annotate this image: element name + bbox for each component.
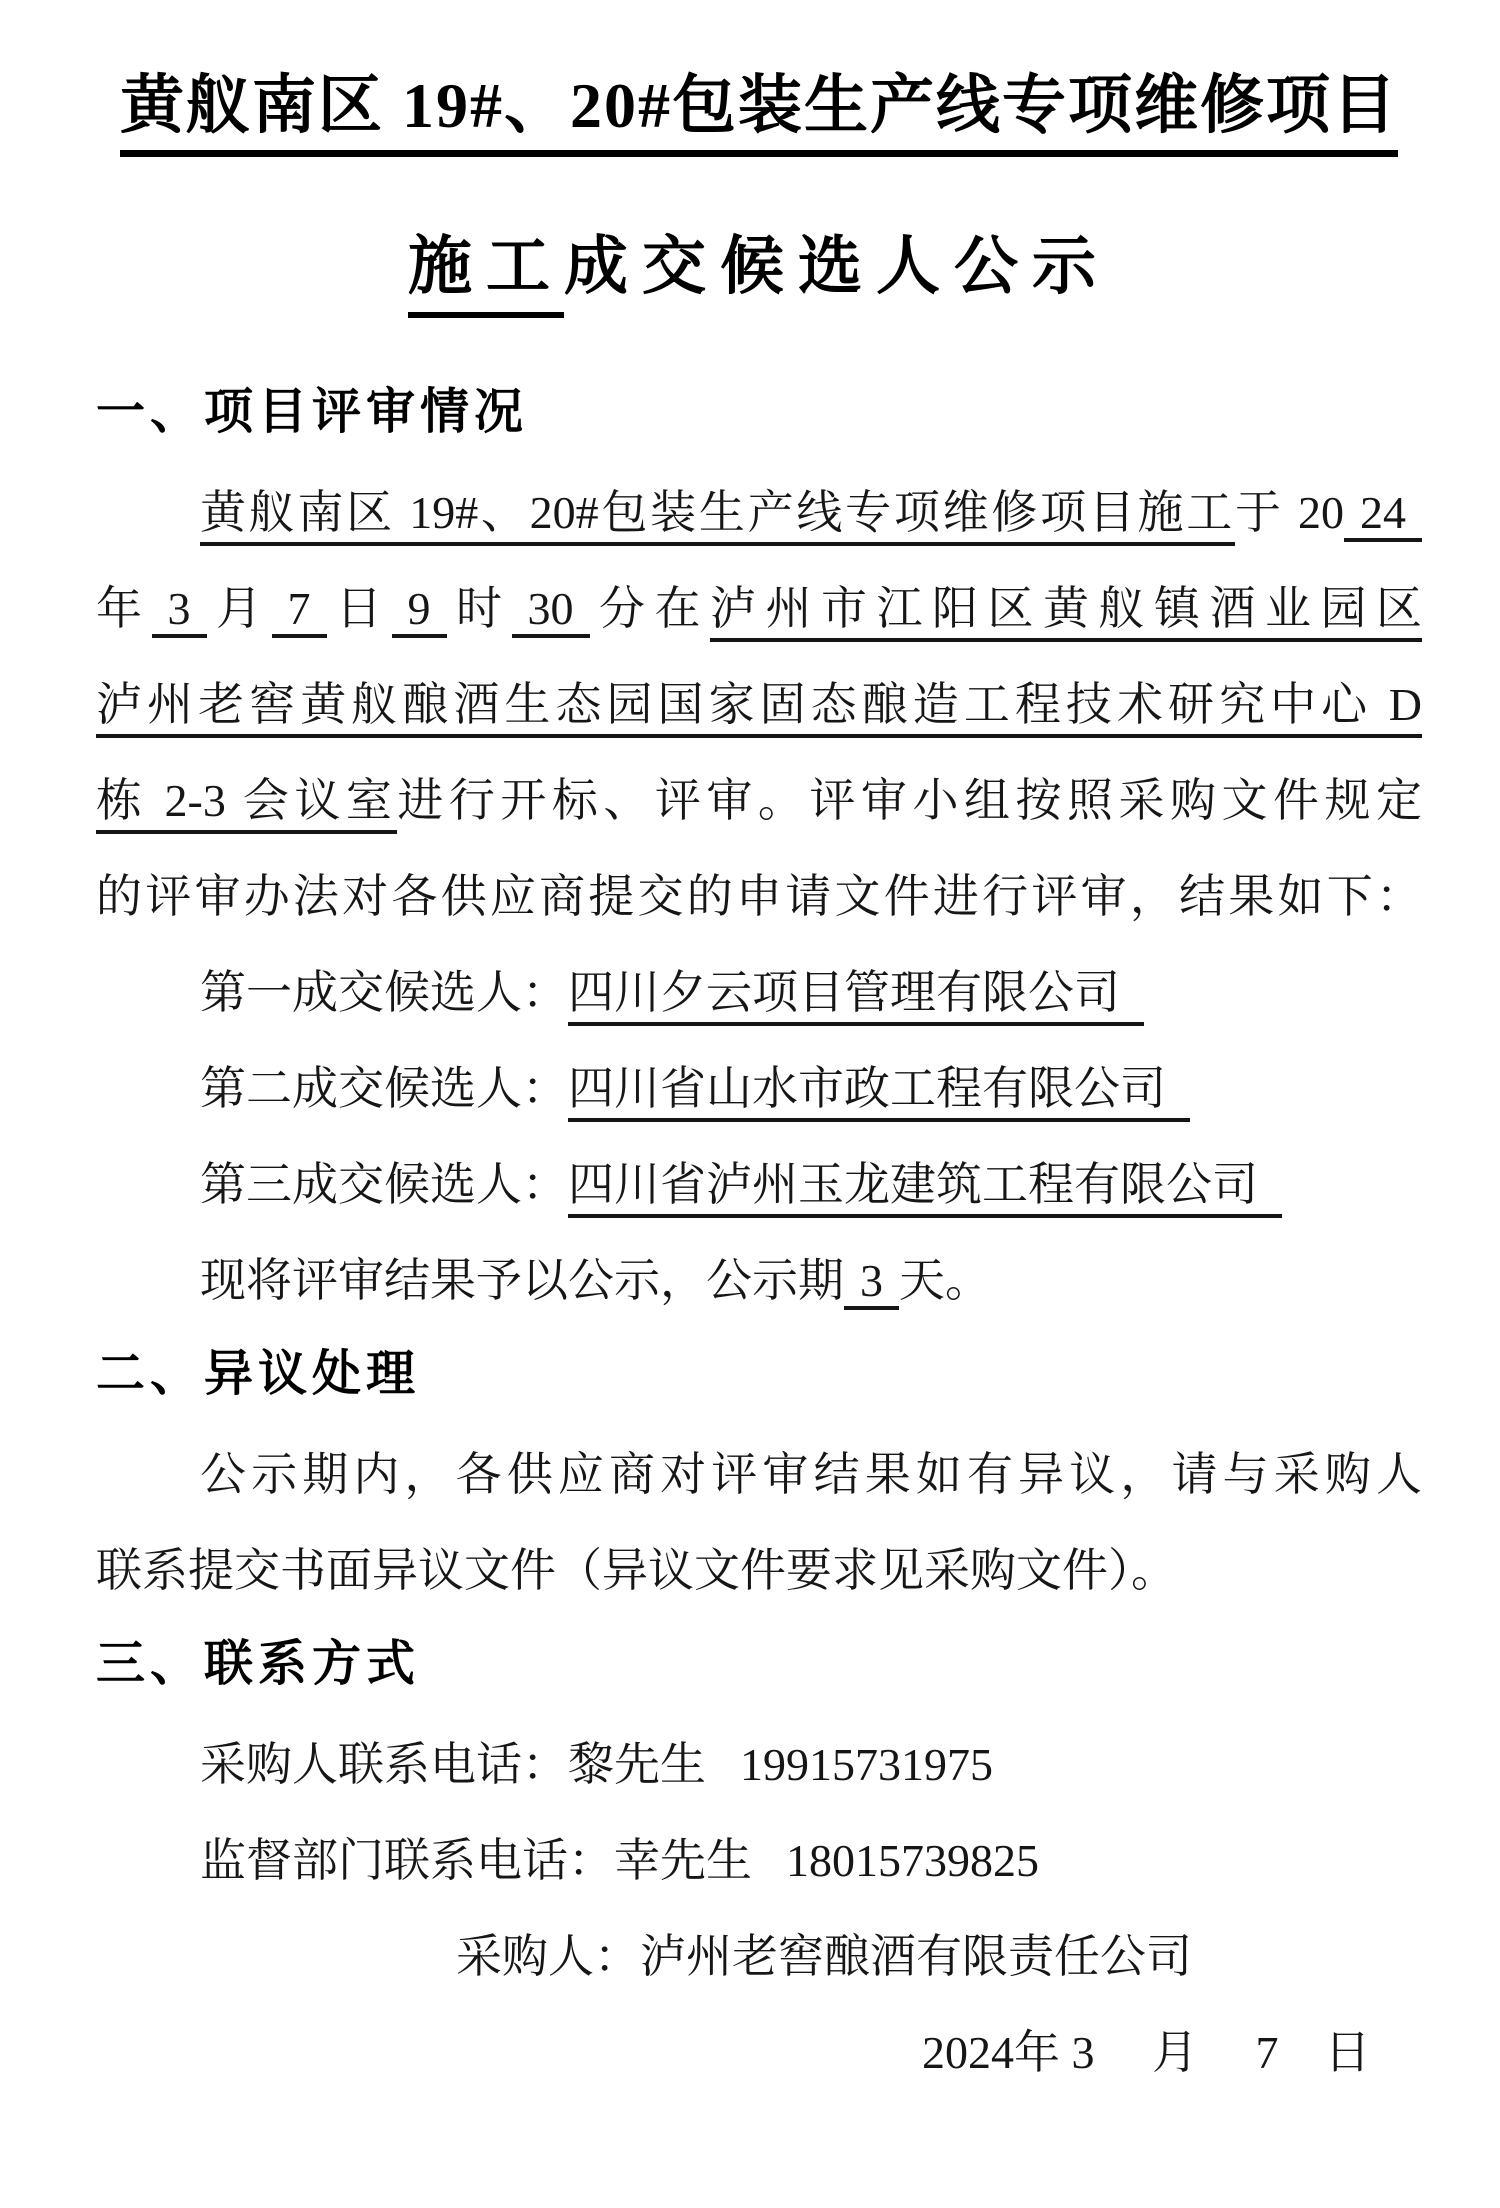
venue-blank-part2: 泸州老窖黄舣酿酒生态园国家固态酿造工程技术研究中心 D (96, 679, 1422, 738)
year-blank: 24 (1344, 487, 1422, 542)
document-page: 黄舣南区 19#、20#包装生产线专项维修项目 施工成交候选人公示 一、项目评审… (0, 0, 1500, 2208)
year-suffix: 年 (96, 583, 152, 634)
day-suffix: 日 (327, 583, 392, 634)
para1-line4: 栋 2-3 会议室进行开标、评审。评审小组按照采购文件规定 (96, 753, 1422, 849)
venue-blank-part3: 栋 2-3 会议室 (96, 775, 397, 834)
candidate-2-label: 第二成交候选人： (200, 1063, 568, 1114)
candidate-3-label: 第三成交候选人： (200, 1159, 568, 1210)
candidate-3-company: 四川省泸州玉龙建筑工程有限公司 (568, 1159, 1282, 1218)
hour-blank: 9 (392, 583, 447, 638)
candidate-1-company: 四川夕云项目管理有限公司 (568, 967, 1144, 1026)
doc-title-line2: 施工成交候选人公示 (96, 235, 1422, 299)
minute-blank: 30 (512, 583, 590, 638)
purchaser-name: 泸州老窖酿酒有限责任公司 (640, 1931, 1192, 1982)
para2-line2-text: 联系提交书面异议文件（异议文件要求见采购文件）。 (96, 1545, 1177, 1596)
buyer-phone-label: 采购人联系电话： (200, 1739, 568, 1790)
supervisor-phone-line: 监督部门联系电话：幸先生18015739825 (96, 1813, 1422, 1909)
candidate-1-label: 第一成交候选人： (200, 967, 568, 1018)
doc-title-line1: 黄舣南区 19#、20#包装生产线专项维修项目 (96, 74, 1422, 157)
buyer-phone-contact-name: 黎先生 (568, 1739, 706, 1790)
section3-block: 采购人联系电话：黎先生19915731975 监督部门联系电话：幸先生18015… (96, 1717, 1422, 2101)
para1-line2: 年3月7日9时30分在泸州市江阳区黄舣镇酒业园区 (96, 561, 1422, 657)
month-blank: 3 (152, 583, 207, 638)
minute-suffix: 分在 (590, 583, 711, 634)
candidate-2-line: 第二成交候选人：四川省山水市政工程有限公司 (96, 1041, 1422, 1137)
purchaser-line: 采购人：泸州老窖酿酒有限责任公司 (96, 1909, 1422, 2005)
date-line: 2024年 3 月 7 日 (96, 2005, 1422, 2101)
publicity-days-blank: 3 (844, 1255, 899, 1310)
hour-suffix: 时 (447, 583, 512, 634)
publicity-period-line: 现将评审结果予以公示，公示期3天。 (96, 1233, 1422, 1329)
section1-heading: 一、项目评审情况 (96, 367, 1422, 457)
section2-paragraph: 公示期内，各供应商对评审结果如有异议，请与采购人 联系提交书面异议文件（异议文件… (96, 1427, 1422, 1619)
para1-line3: 泸州老窖黄舣酿酒生态园国家固态酿造工程技术研究中心 D (96, 657, 1422, 753)
candidate-2-company: 四川省山水市政工程有限公司 (568, 1063, 1190, 1122)
section3-heading: 三、联系方式 (96, 1619, 1422, 1709)
section1-paragraph: 黄舣南区 19#、20#包装生产线专项维修项目施工于 2024 年3月7日9时3… (96, 465, 1422, 1329)
buyer-phone-number: 19915731975 (740, 1739, 993, 1790)
section2-heading: 二、异议处理 (96, 1329, 1422, 1419)
para1-line4-rest: 进行开标、评审。评审小组按照采购文件规定 (397, 775, 1422, 826)
supervisor-phone-contact-name: 幸先生 (614, 1835, 752, 1886)
month-suffix: 月 (207, 583, 272, 634)
para1-line5-text: 的评审办法对各供应商提交的申请文件进行评审，结果如下： (96, 871, 1422, 922)
day-blank: 7 (272, 583, 327, 638)
para1-line5: 的评审办法对各供应商提交的申请文件进行评审，结果如下： (96, 849, 1422, 945)
para1-line1-mid: 于 20 (1235, 487, 1344, 538)
para1-line1: 黄舣南区 19#、20#包装生产线专项维修项目施工于 2024 (96, 465, 1422, 561)
doc-title-line2-rest: 成交候选人公示 (564, 231, 1110, 302)
doc-title-line1-text: 黄舣南区 19#、20#包装生产线专项维修项目 (120, 74, 1398, 157)
candidate-3-line: 第三成交候选人：四川省泸州玉龙建筑工程有限公司 (96, 1137, 1422, 1233)
supervisor-phone-number: 18015739825 (786, 1835, 1039, 1886)
date-text: 2024年 3 月 7 日 (922, 2027, 1371, 2078)
doc-title-line2-underlined: 施工 (408, 231, 564, 318)
project-name-blank: 黄舣南区 19#、20#包装生产线专项维修项目施工 (200, 487, 1235, 546)
purchaser-label: 采购人： (456, 1931, 640, 1982)
supervisor-phone-label: 监督部门联系电话： (200, 1835, 614, 1886)
publicity-period-prefix: 现将评审结果予以公示，公示期 (200, 1255, 844, 1306)
para2-line1-text: 公示期内，各供应商对评审结果如有异议，请与采购人 (200, 1449, 1422, 1500)
candidate-1-line: 第一成交候选人：四川夕云项目管理有限公司 (96, 945, 1422, 1041)
publicity-period-suffix: 天。 (899, 1255, 991, 1306)
venue-blank-part1: 泸州市江阳区黄舣镇酒业园区 (710, 583, 1422, 642)
buyer-phone-line: 采购人联系电话：黎先生19915731975 (96, 1717, 1422, 1813)
para2-line1: 公示期内，各供应商对评审结果如有异议，请与采购人 (96, 1427, 1422, 1523)
para2-line2: 联系提交书面异议文件（异议文件要求见采购文件）。 (96, 1523, 1422, 1619)
